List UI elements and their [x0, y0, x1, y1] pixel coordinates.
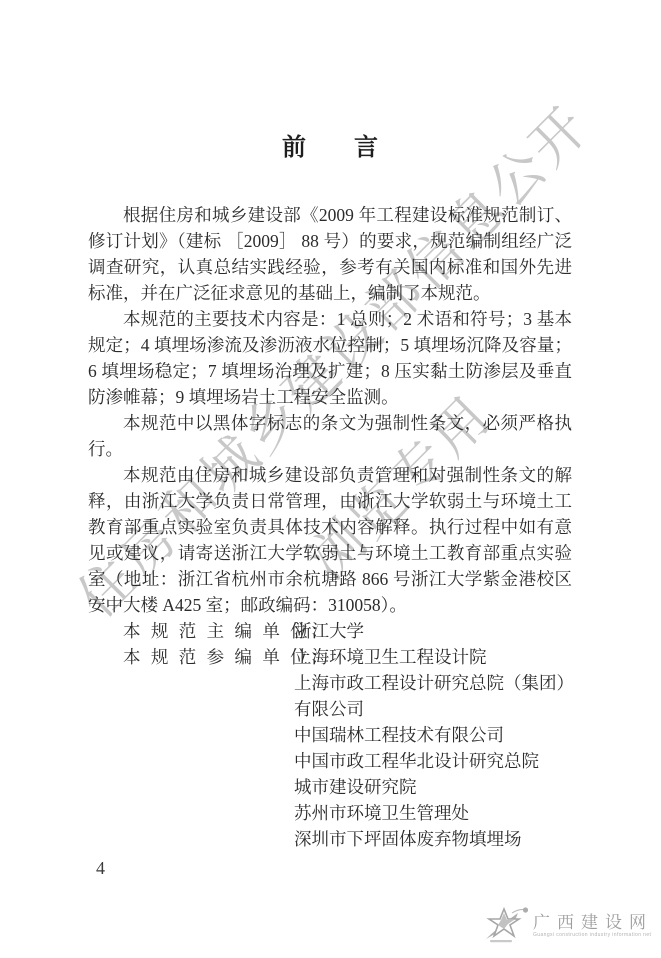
content-column: 前 言 根据住房和城乡建设部《2009 年工程建设标准规范制订、修订计划》（建标…: [88, 0, 572, 852]
paragraph: 本规范中以黑体字标志的条文为强制性条文，必须严格执行。: [88, 410, 572, 462]
logo-text: 广西建设网 Guangxi construction industry info…: [533, 913, 653, 939]
unit-line: 上海市政工程设计研究总院（集团）: [294, 670, 572, 696]
paragraph: 本规范由住房和城乡建设部负责管理和对强制性条文的解释，由浙江大学负责日常管理，由…: [88, 462, 572, 618]
chief-editor-value: 浙江大学: [294, 618, 364, 644]
unit-line: 中国瑞林工程技术有限公司: [294, 722, 572, 748]
unit-line: 城市建设研究院: [294, 774, 572, 800]
unit-line: 有限公司: [294, 696, 572, 722]
unit-line: 上海环境卫生工程设计院: [294, 644, 487, 670]
participating-units-list: 上海市政工程设计研究总院（集团） 有限公司 中国瑞林工程技术有限公司 中国市政工…: [294, 670, 572, 852]
paragraph: 根据住房和城乡建设部《2009 年工程建设标准规范制订、修订计划》（建标 ［20…: [88, 202, 572, 306]
participating-units-label: 本 规 范 参 编 单 位：: [88, 644, 294, 670]
paragraph: 本规范的主要技术内容是：1 总则；2 术语和符号；3 基本规定；4 填埋场渗流及…: [88, 306, 572, 410]
participating-units-row: 本 规 范 参 编 单 位： 上海环境卫生工程设计院: [88, 644, 572, 670]
page-number: 4: [96, 858, 105, 879]
unit-line: 中国市政工程华北设计研究总院: [294, 748, 572, 774]
logo-tagline: Guangxi construction industry informatio…: [533, 932, 651, 939]
unit-line: 苏州市环境卫生管理处: [294, 800, 572, 826]
chief-editor-row: 本 规 范 主 编 单 位： 浙江大学: [88, 618, 572, 644]
preface-body: 根据住房和城乡建设部《2009 年工程建设标准规范制订、修订计划》（建标 ［20…: [88, 202, 572, 618]
unit-line: 深圳市下坪固体废弃物填埋场: [294, 826, 572, 852]
site-logo: 广西建设网 Guangxi construction industry info…: [484, 901, 653, 950]
logo-site-name: 广西建设网: [533, 913, 653, 932]
page-title: 前 言: [88, 134, 572, 162]
document-page: 住房和城乡建设部信息公开 浏览专用 前 言 根据住房和城乡建设部《2009 年工…: [0, 0, 661, 958]
star-swoosh-icon: [484, 901, 530, 950]
chief-editor-label: 本 规 范 主 编 单 位：: [88, 618, 294, 644]
